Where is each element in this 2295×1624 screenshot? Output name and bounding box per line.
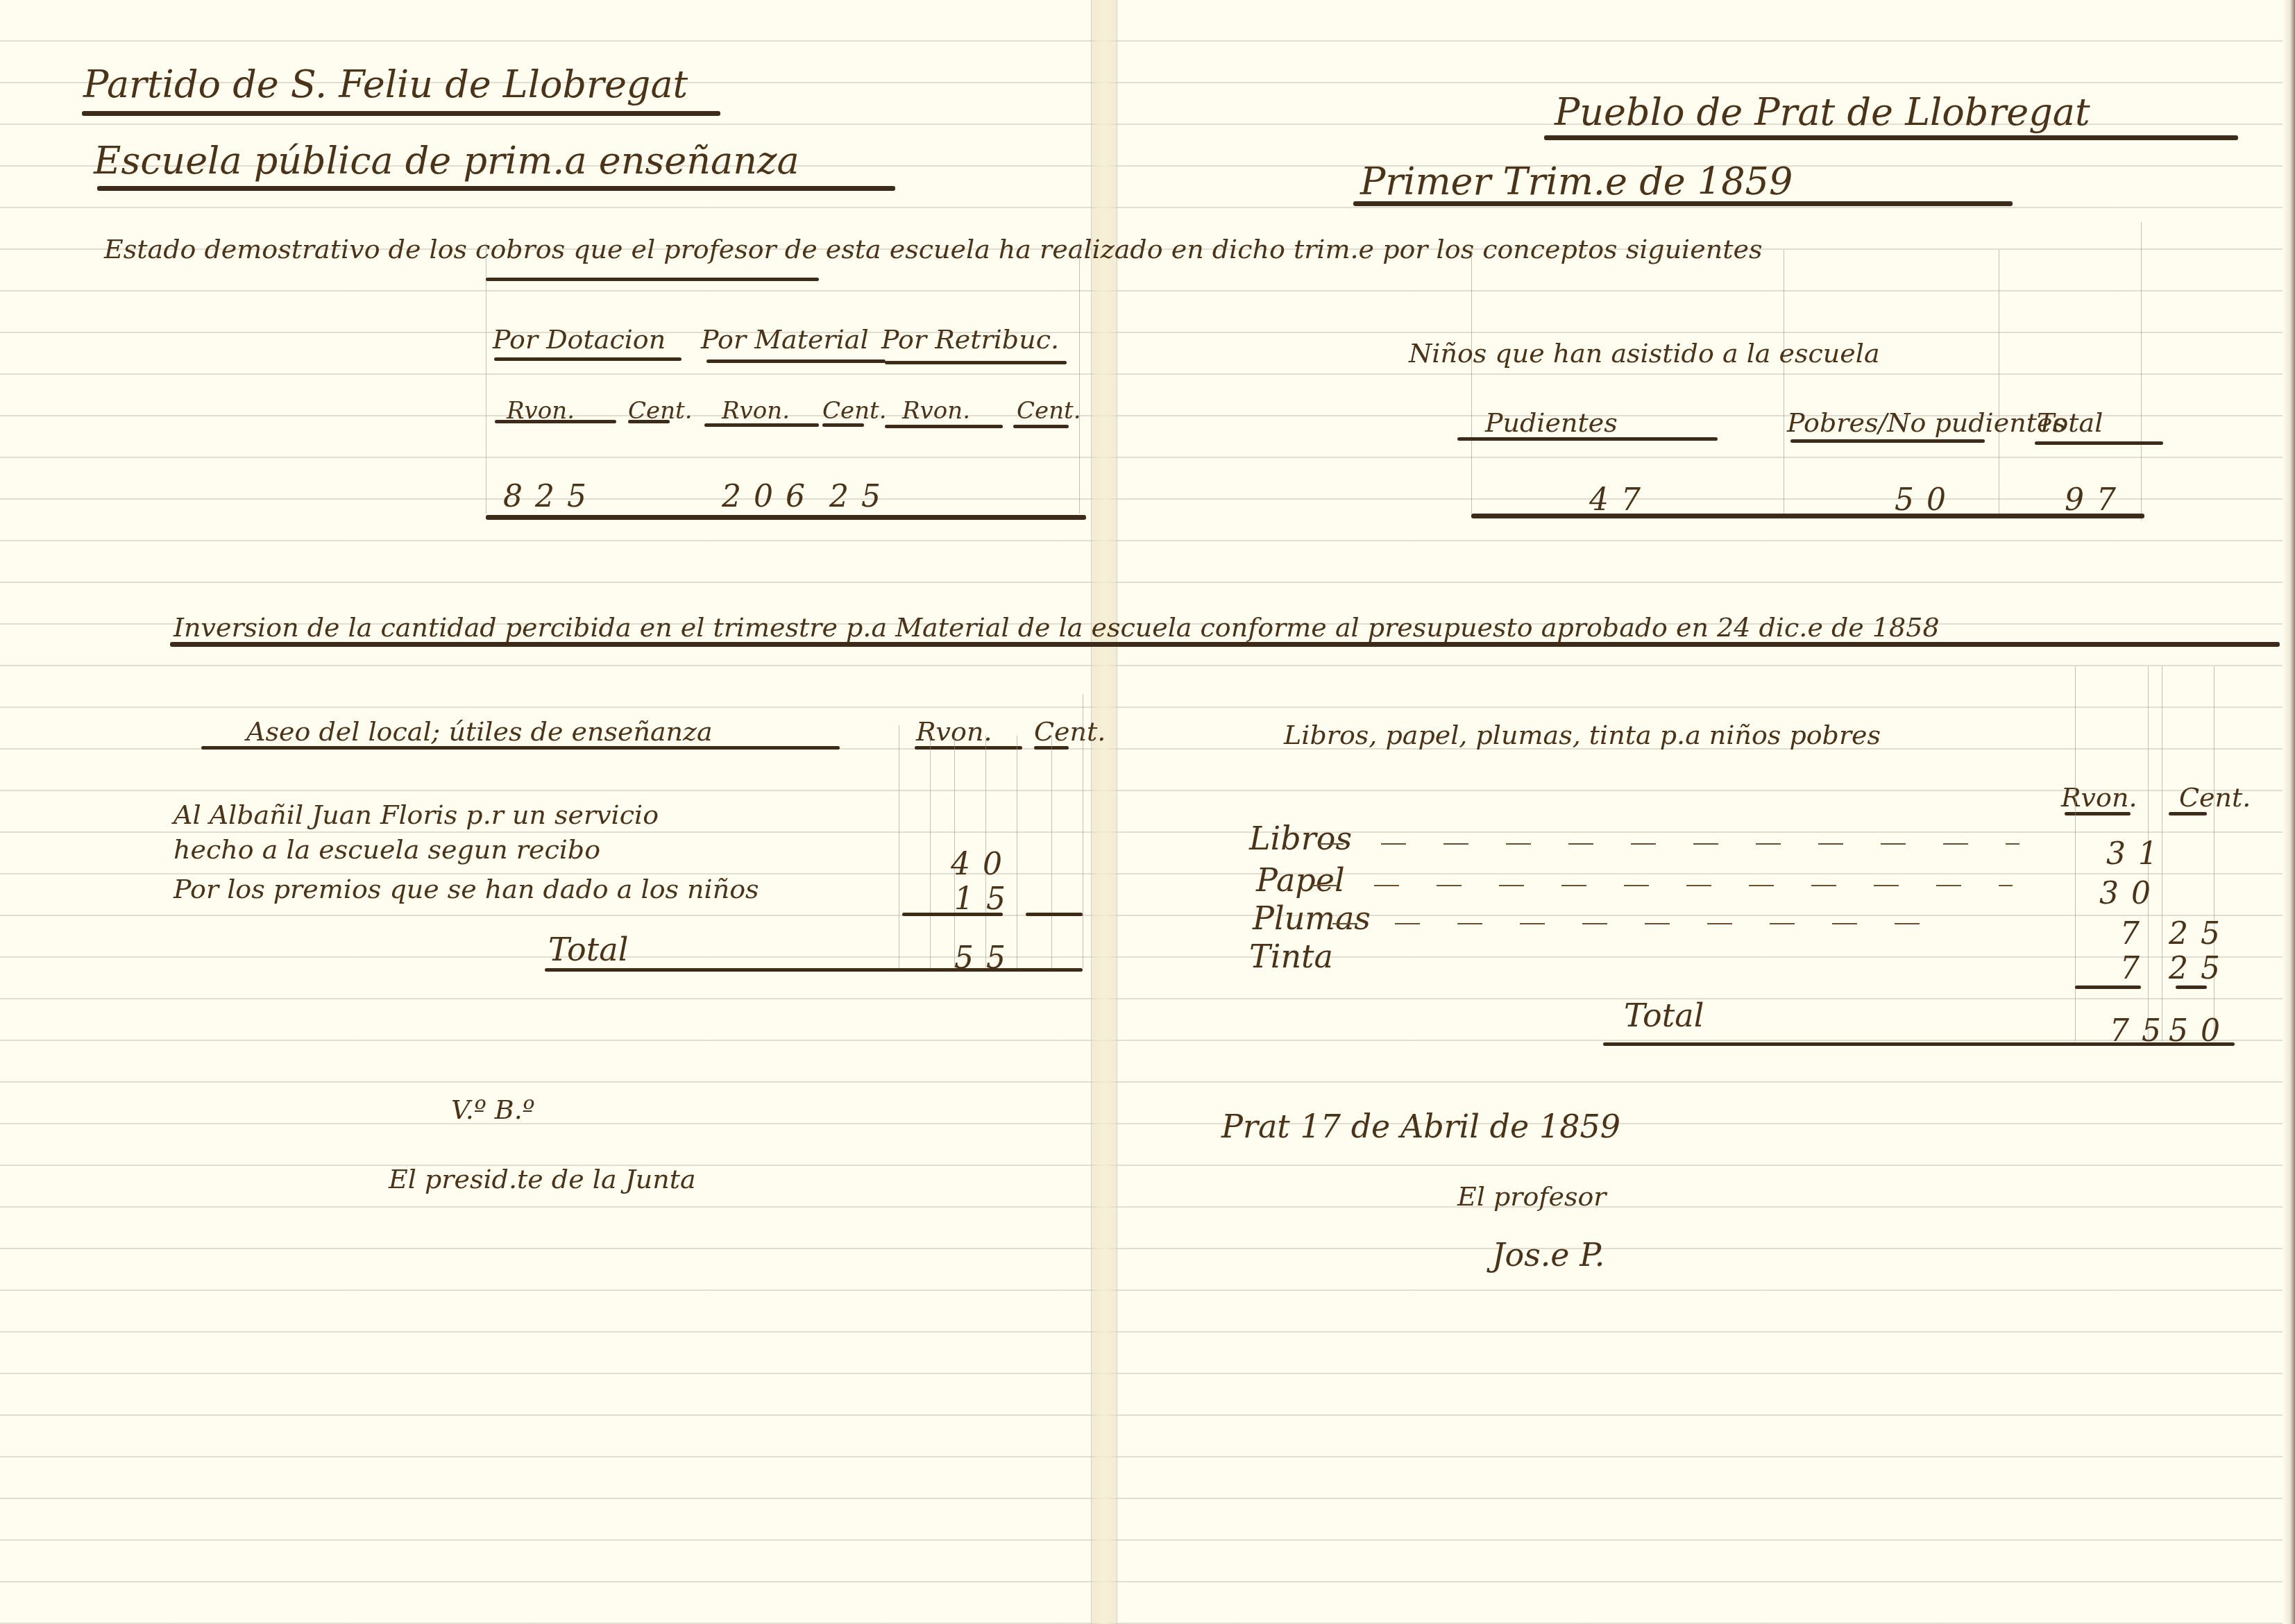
cleaning-row-1-line-2: hecho a la escuela segun recibo xyxy=(173,836,600,863)
col-pudientes: Pudientes xyxy=(1485,409,1618,436)
grid-line xyxy=(2141,222,2142,521)
grid-line xyxy=(1471,250,1472,514)
material-cent-value: 25 xyxy=(829,479,893,514)
tinta-cent: 25 xyxy=(2169,951,2233,986)
col-underline xyxy=(2169,812,2207,815)
town-underline xyxy=(1544,135,2238,140)
grid-line xyxy=(1017,736,1017,968)
signature-role: El profesor xyxy=(1457,1183,1606,1210)
libros-rvon: 31 xyxy=(2106,836,2170,872)
col-cent: Cent. xyxy=(822,399,887,423)
signature-name: Jos.e P. xyxy=(1492,1239,1604,1271)
supplies-total-rule xyxy=(1603,1042,2235,1046)
col-cent: Cent. xyxy=(1017,399,1081,423)
dotacion-rvon-value: 825 xyxy=(503,479,599,514)
signature-place-date: Prat 17 de Abril de 1859 xyxy=(1221,1110,1620,1142)
col-rvon: Rvon. xyxy=(722,399,790,423)
group-underline xyxy=(494,357,681,361)
sum-rule xyxy=(902,913,1003,916)
period-heading: Primer Trim.e de 1859 xyxy=(1360,163,1793,201)
grid-line xyxy=(899,725,899,968)
investment-underline xyxy=(170,642,2280,647)
district-underline xyxy=(82,111,720,116)
supplies-item-papel: Papel xyxy=(1256,864,1345,896)
town-heading: Pueblo de Prat de Llobregat xyxy=(1555,94,2090,131)
sum-rule xyxy=(2075,986,2141,989)
grid-line xyxy=(486,243,486,514)
grid-line xyxy=(1784,250,1784,514)
grid-line xyxy=(1079,243,1080,514)
table-top-rule xyxy=(486,278,819,281)
supplies-item-plumas: Plumas xyxy=(1253,902,1371,934)
school-underline xyxy=(97,186,895,191)
income-group-dotacion: Por Dotacion xyxy=(493,326,666,353)
sub-underline xyxy=(822,423,864,427)
supplies-col-rvon: Rvon. xyxy=(2061,784,2137,811)
sum-rule xyxy=(2176,986,2207,989)
district-heading: Partido de S. Feliu de Llobregat xyxy=(83,66,688,103)
col-underline xyxy=(2035,441,2163,445)
approval-vb: V.º B.º xyxy=(451,1097,535,1123)
cleaning-total-label: Total xyxy=(548,933,628,965)
col-rvon: Rvon. xyxy=(507,399,575,423)
income-group-retribucion: Por Retribuc. xyxy=(881,326,1059,353)
period-underline xyxy=(1353,201,2013,206)
group-underline xyxy=(706,360,886,363)
page-edge xyxy=(2283,0,2295,1624)
pudientes-value: 47 xyxy=(1589,482,1653,518)
plumas-cent: 25 xyxy=(2169,916,2233,951)
total-value: 97 xyxy=(2065,482,2128,518)
material-rvon-value: 206 xyxy=(722,479,818,514)
col-underline xyxy=(1790,439,1985,443)
sub-underline xyxy=(628,420,670,423)
sub-underline xyxy=(495,420,616,423)
grid-line xyxy=(1083,694,1083,968)
cleaning-row-1-rvon: 40 xyxy=(951,847,1015,882)
income-bottom-rule xyxy=(486,515,1086,520)
col-total: Total xyxy=(2037,409,2103,436)
sub-underline xyxy=(704,423,819,427)
cleaning-row-2-text: Por los premios que se han dado a los ni… xyxy=(173,876,759,902)
plumas-rvon: 7 xyxy=(2120,916,2152,951)
sub-underline xyxy=(885,425,1003,428)
supplies-col-cent: Cent. xyxy=(2179,784,2251,811)
sum-rule xyxy=(1026,913,1083,916)
approval-role: El presid.te de la Junta xyxy=(389,1166,696,1192)
leader-dashes xyxy=(1332,923,1957,924)
grid-line xyxy=(930,736,931,968)
pobres-value: 50 xyxy=(1895,482,1958,518)
statement-intro: Estado demostrativo de los cobros que el… xyxy=(104,236,1763,262)
attendance-bottom-rule xyxy=(1471,514,2144,518)
cleaning-total-rule xyxy=(545,968,1083,972)
leader-dashes xyxy=(1312,885,2013,886)
col-pobres: Pobres/No pudientes xyxy=(1787,409,2066,436)
col-rvon: Rvon. xyxy=(902,399,970,423)
sub-underline xyxy=(1013,425,1069,428)
col-cent: Cent. xyxy=(628,399,693,423)
col-underline xyxy=(1457,437,1718,441)
grid-line xyxy=(1051,736,1052,968)
grid-line xyxy=(1999,250,1999,514)
supplies-title: Libros, papel, plumas, tinta p.a niños p… xyxy=(1284,722,1881,748)
supplies-total-label: Total xyxy=(1624,999,1704,1031)
leader-dashes xyxy=(1319,843,2019,845)
school-heading: Escuela pública de prim.a enseñanza xyxy=(94,142,799,180)
cleaning-row-2-rvon: 15 xyxy=(954,881,1018,917)
supplies-item-libros: Libros xyxy=(1249,822,1352,854)
grid-line xyxy=(2075,666,2076,1041)
income-group-material: Por Material xyxy=(701,326,869,353)
cleaning-underline xyxy=(201,746,840,750)
cleaning-row-1-line-1: Al Albañil Juan Floris p.r un servicio xyxy=(173,802,659,828)
cleaning-title-text: Aseo del local; útiles de enseñanza xyxy=(246,718,713,745)
group-underline xyxy=(885,361,1067,364)
attendance-title: Niños que han asistido a la escuela xyxy=(1409,340,1880,366)
cleaning-col-cent: Cent. xyxy=(1034,718,1106,745)
supplies-item-tinta: Tinta xyxy=(1249,940,1333,972)
investment-title: Inversion de la cantidad percibida en el… xyxy=(173,614,1940,641)
tinta-rvon: 7 xyxy=(2120,951,2152,986)
papel-rvon: 30 xyxy=(2099,876,2163,911)
col-underline xyxy=(915,746,1022,750)
